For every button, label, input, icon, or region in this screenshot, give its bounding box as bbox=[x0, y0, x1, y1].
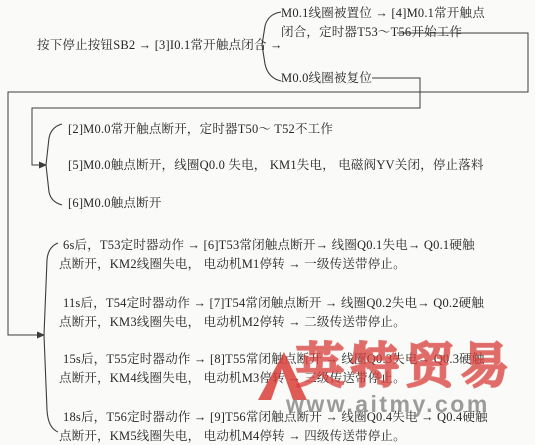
branch-set-m01: M0.1线圈被置位 → [4]M0.1常开触点 闭合，定时器T53～T56开始工… bbox=[281, 4, 485, 42]
timer-t53-line1: 6s后，T53定时器动作 → [6]T53常闭触点断开→ 线圈Q0.1失电→ Q… bbox=[59, 236, 475, 255]
timer-t54-line2: 点断开，KM3线圈失电， 电动机M2停转 → 二级传送带停止。 bbox=[59, 313, 484, 332]
timer-step-t53: 6s后，T53定时器动作 → [6]T53常闭触点断开→ 线圈Q0.1失电→ Q… bbox=[59, 236, 475, 274]
branch1-line1: M0.1线圈被置位 → [4]M0.1常开触点 bbox=[281, 4, 485, 23]
timer-t56-line1: 18s后，T56定时器动作 → [9]T56常闭触点断开 → 线圈Q0.4失电 … bbox=[59, 408, 488, 427]
root-step: 按下停止按钮SB2 → [3]I0.1常开触点闭合 → bbox=[37, 36, 283, 55]
timer-t55-line1: 15s后，T55定时器动作 → [8]T55常闭触点断开 → 线圈Q0.3失电→… bbox=[59, 350, 485, 369]
timer-t55-line2: 点断开，KM4线圈失电， 电动机M3停转 → 三级传送带停止。 bbox=[59, 369, 485, 388]
timer-t54-line1: 11s后，T54定时器动作 → [7]T54常闭触点断开 → 线圈Q0.2失电→… bbox=[59, 294, 484, 313]
group1-item-6: [6]M0.0触点断开 bbox=[68, 194, 162, 213]
brace-group2 bbox=[44, 243, 58, 432]
timer-t53-line2: 点断开，KM2线圈失电， 电动机M1停转 → 一级传送带停止。 bbox=[59, 255, 475, 274]
timer-step-t56: 18s后，T56定时器动作 → [9]T56常闭触点断开 → 线圈Q0.4失电 … bbox=[59, 408, 488, 445]
branch2-m00-reset: M0.0线圈被复位 bbox=[281, 69, 372, 88]
group1-item-5: [5]M0.0触点断开，线圈Q0.0 失电， KM1失电， 电磁阀YV关闭，停止… bbox=[68, 156, 484, 175]
group1-item-2: [2]M0.0常开触点断开，定时器T50～ T52不工作 bbox=[68, 120, 333, 139]
timer-step-t54: 11s后，T54定时器动作 → [7]T54常闭触点断开 → 线圈Q0.2失电→… bbox=[59, 294, 484, 332]
flow-diagram: 按下停止按钮SB2 → [3]I0.1常开触点闭合 → M0.1线圈被置位 → … bbox=[0, 0, 535, 445]
branch1-line2: 闭合，定时器T53～T56开始工作 bbox=[281, 23, 485, 42]
brace-group1 bbox=[46, 124, 62, 205]
timer-t56-line2: 点断开，KM5线圈失电， 电动机M4停转 → 四级传送带停止。 bbox=[59, 427, 488, 445]
connector-line-timers bbox=[8, 33, 528, 335]
timer-step-t55: 15s后，T55定时器动作 → [8]T55常闭触点断开 → 线圈Q0.3失电→… bbox=[59, 350, 485, 388]
